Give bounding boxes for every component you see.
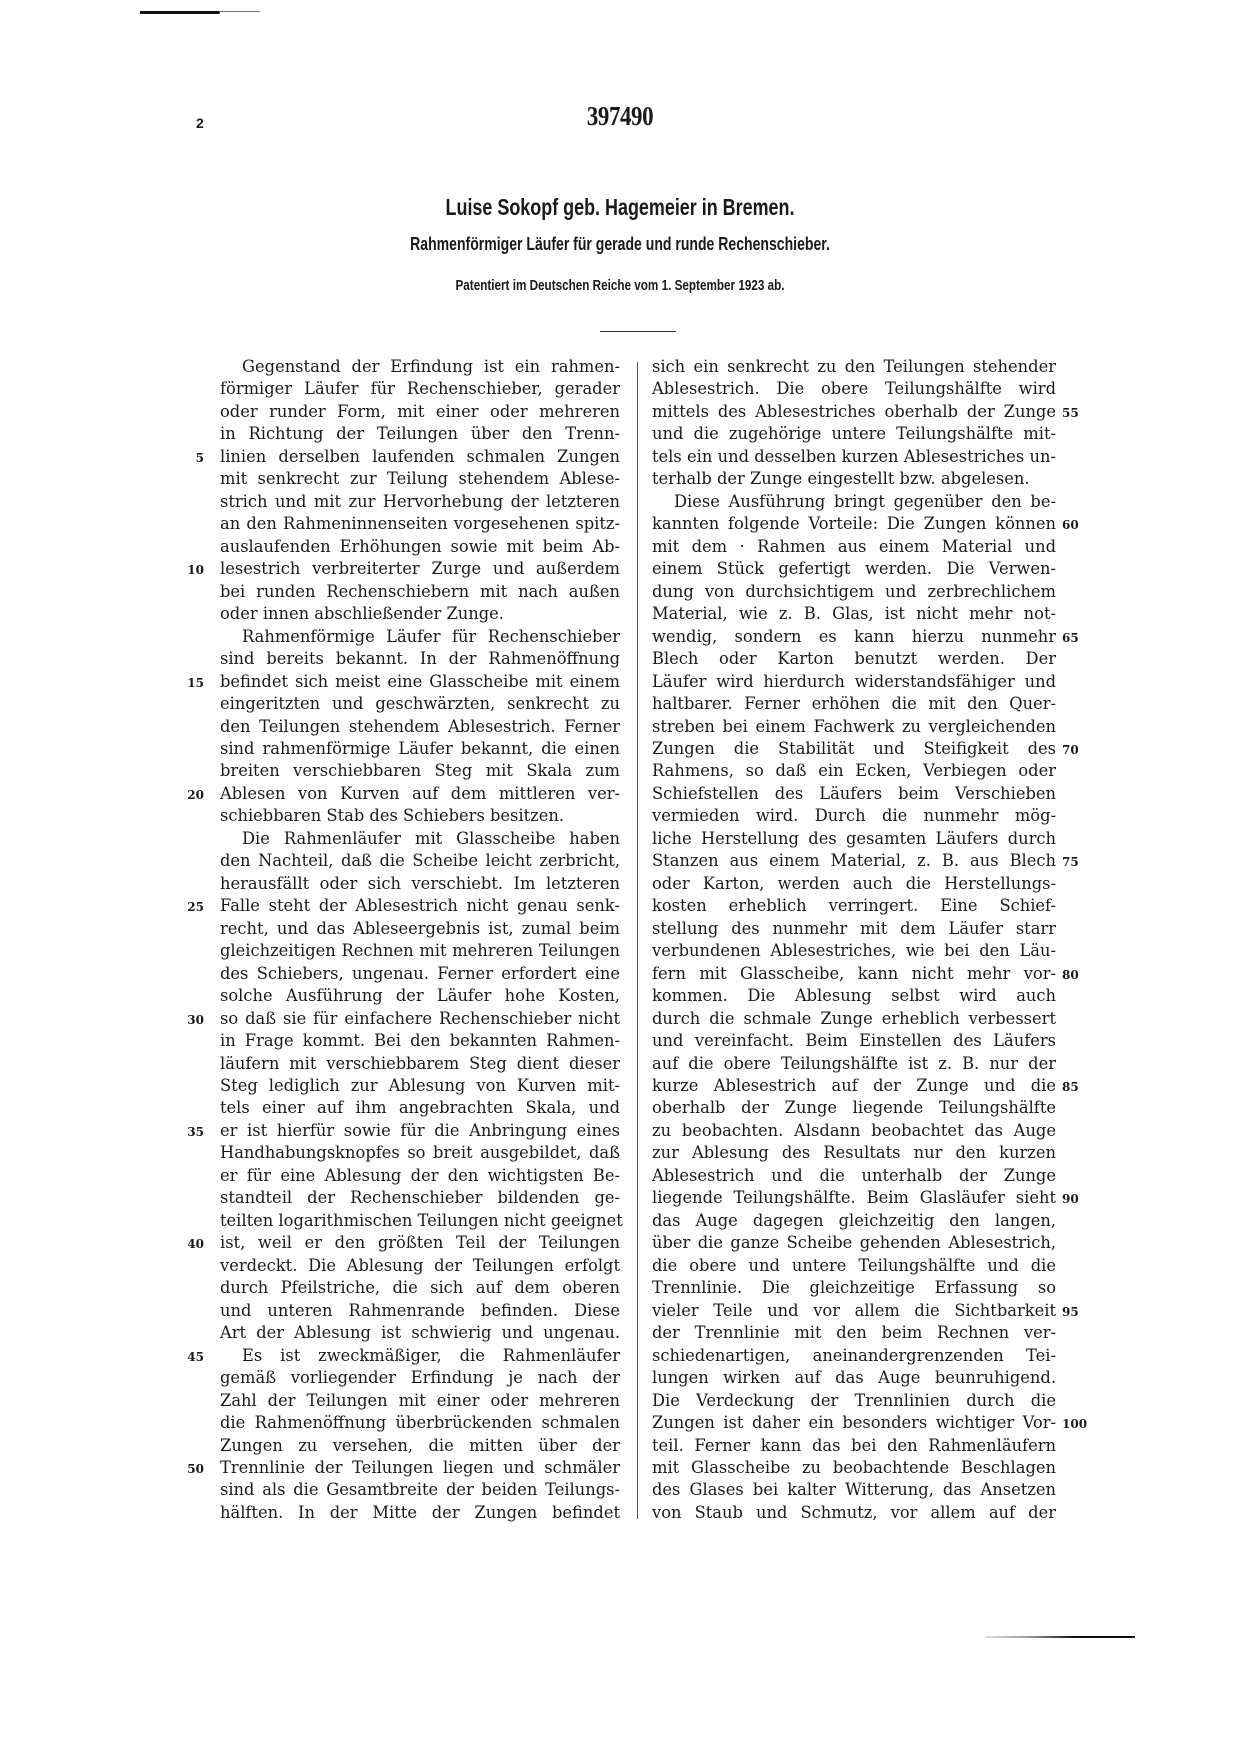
margin-line-number: 40 <box>180 1237 204 1251</box>
text-line: die obere und untere Teilungshälfte und … <box>652 1255 1056 1277</box>
text-line: und unteren Rahmenrande befinden. Diese <box>220 1300 620 1322</box>
text-line: Art der Ablesung ist schwierig und ungen… <box>220 1322 620 1344</box>
text-line: Zahl der Teilungen mit einer oder mehrer… <box>220 1390 620 1412</box>
text-line: befindet sich meist eine Glasscheibe mit… <box>220 671 620 693</box>
text-line: Zungen die Stabilität und Steifigkeit de… <box>652 738 1056 760</box>
text-line: mit senkrecht zur Teilung stehendem Able… <box>220 468 620 490</box>
text-line: kurze Ablesestrich auf der Zunge und die <box>652 1075 1056 1097</box>
text-line: tels einer auf ihm angebrachten Skala, u… <box>220 1097 620 1119</box>
text-line: verdeckt. Die Ablesung der Teilungen erf… <box>220 1255 620 1277</box>
text-line: stellung des nunmehr mit dem Läufer star… <box>652 918 1056 940</box>
text-line: Rahmenförmige Läufer für Rechenschieber <box>220 626 620 648</box>
text-line: hälften. In der Mitte der Zungen befinde… <box>220 1502 620 1524</box>
text-line: teil. Ferner kann das bei den Rahmenläuf… <box>652 1435 1056 1457</box>
margin-line-number: 15 <box>180 676 204 690</box>
margin-line-number: 60 <box>1062 518 1079 532</box>
text-line: und die zugehörige untere Teilungshälfte… <box>652 423 1056 445</box>
text-line: in Frage kommt. Bei den bekannten Rahmen… <box>220 1030 620 1052</box>
left-column: Gegenstand der Erfindung ist ein rahmen-… <box>220 356 620 1524</box>
text-line: standteil der Rechenschieber bildenden g… <box>220 1187 620 1209</box>
text-line: mit Glasscheibe zu beobachtende Beschlag… <box>652 1457 1056 1479</box>
text-line: Schiefstellen des Läufers beim Verschieb… <box>652 783 1056 805</box>
text-line: er für eine Ablesung der den wichtigsten… <box>220 1165 620 1187</box>
text-line: Material, wie z. B. Glas, ist nicht mehr… <box>652 603 1056 625</box>
text-line: sich ein senkrecht zu den Teilungen steh… <box>652 356 1056 378</box>
text-line: an den Rahmeninnenseiten vorgesehenen sp… <box>220 513 620 535</box>
text-line: terhalb der Zunge eingestellt bzw. abgel… <box>652 468 1056 490</box>
margin-line-number: 50 <box>180 1462 204 1476</box>
text-line: verbundenen Ablesestriches, wie bei den … <box>652 940 1056 962</box>
text-line: kannten folgende Vorteile: Die Zungen kö… <box>652 513 1056 535</box>
text-line: den Nachteil, daß die Scheibe leicht zer… <box>220 850 620 872</box>
text-line: gleichzeitigen Rechnen mit mehreren Teil… <box>220 940 620 962</box>
text-line: die Rahmenöffnung überbrückenden schmale… <box>220 1412 620 1434</box>
text-line: lungen wirken auf das Auge beunruhigend. <box>652 1367 1056 1389</box>
text-line: teilten logarithmischen Teilungen nicht … <box>220 1210 620 1232</box>
margin-line-number: 5 <box>180 451 204 465</box>
header-separator <box>600 331 676 332</box>
text-line: haltbarer. Ferner erhöhen die mit den Qu… <box>652 693 1056 715</box>
text-line: vermieden wird. Durch die nunmehr mög- <box>652 805 1056 827</box>
text-line: Diese Ausführung bringt gegenüber den be… <box>652 491 1056 513</box>
patent-dateline: Patentiert im Deutschen Reiche vom 1. Se… <box>136 277 1103 294</box>
text-line: recht, und das Ableseergebnis ist, zumal… <box>220 918 620 940</box>
inventor-heading: Luise Sokopf geb. Hagemeier in Bremen. <box>136 194 1103 221</box>
text-line: der Trennlinie mit den beim Rechnen ver- <box>652 1322 1056 1344</box>
margin-line-number: 65 <box>1062 631 1079 645</box>
margin-line-number: 10 <box>180 563 204 577</box>
text-line: Handhabungsknopfes so breit ausgebildet,… <box>220 1142 620 1164</box>
text-line: streben bei einem Fachwerk zu vergleiche… <box>652 716 1056 738</box>
text-line: förmiger Läufer für Rechenschieber, gera… <box>220 378 620 400</box>
text-line: Läufer wird hierdurch widerstandsfähiger… <box>652 671 1056 693</box>
text-line: einem Stück gefertigt werden. Die Verwen… <box>652 558 1056 580</box>
margin-line-number: 100 <box>1062 1417 1087 1431</box>
text-line: Rahmens, so daß ein Ecken, Verbiegen ode… <box>652 760 1056 782</box>
text-line: Ablesen von Kurven auf dem mittleren ver… <box>220 783 620 805</box>
text-line: fern mit Glasscheibe, kann nicht mehr vo… <box>652 963 1056 985</box>
text-line: den Teilungen stehendem Ablesestrich. Fe… <box>220 716 620 738</box>
text-line: oberhalb der Zunge liegende Teilungshälf… <box>652 1097 1056 1119</box>
text-line: kosten erheblich verringert. Eine Schief… <box>652 895 1056 917</box>
right-column: sich ein senkrecht zu den Teilungen steh… <box>652 356 1056 1524</box>
text-line: liche Herstellung des gesamten Läufers d… <box>652 828 1056 850</box>
text-line: er ist hierfür sowie für die Anbringung … <box>220 1120 620 1142</box>
text-line: Ablesestrich und die unterhalb der Zunge <box>652 1165 1056 1187</box>
text-line: vieler Teile und vor allem die Sichtbark… <box>652 1300 1056 1322</box>
margin-line-number: 55 <box>1062 406 1079 420</box>
text-line: das Auge dagegen gleichzeitig den langen… <box>652 1210 1056 1232</box>
text-line: sind bereits bekannt. In der Rahmenöffnu… <box>220 648 620 670</box>
text-line: mit dem · Rahmen aus einem Material und <box>652 536 1056 558</box>
text-line: bei runden Rechenschiebern mit nach auße… <box>220 581 620 603</box>
text-line: wendig, sondern es kann hierzu nunmehr <box>652 626 1056 648</box>
text-line: Trennlinie. Die gleichzeitige Erfassung … <box>652 1277 1056 1299</box>
text-line: Blech oder Karton benutzt werden. Der <box>652 648 1056 670</box>
text-line: Ablesestrich. Die obere Teilungshälfte w… <box>652 378 1056 400</box>
text-line: durch Pfeilstriche, die sich auf dem obe… <box>220 1277 620 1299</box>
text-line: eingeritzten und geschwärzten, senkrecht… <box>220 693 620 715</box>
text-line: Zungen zu versehen, die mitten über der <box>220 1435 620 1457</box>
margin-line-number: 85 <box>1062 1080 1079 1094</box>
patent-number: 397490 <box>93 101 1147 132</box>
text-line: lesestrich verbreiterter Zurge und außer… <box>220 558 620 580</box>
text-line: Falle steht der Ablesestrich nicht genau… <box>220 895 620 917</box>
margin-line-number: 30 <box>180 1013 204 1027</box>
text-line: Trennlinie der Teilungen liegen und schm… <box>220 1457 620 1479</box>
text-line: gemäß vorliegender Erfindung je nach der <box>220 1367 620 1389</box>
margin-line-number: 25 <box>180 900 204 914</box>
text-line: Gegenstand der Erfindung ist ein rahmen- <box>220 356 620 378</box>
text-line: zu beobachten. Alsdann beobachtet das Au… <box>652 1120 1056 1142</box>
margin-line-number: 80 <box>1062 968 1079 982</box>
text-line: Die Rahmenläufer mit Glasscheibe haben <box>220 828 620 850</box>
invention-title: Rahmenförmiger Läufer für gerade und run… <box>136 234 1103 255</box>
margin-line-number: 35 <box>180 1125 204 1139</box>
text-line: sind rahmenförmige Läufer bekannt, die e… <box>220 738 620 760</box>
margin-line-number: 95 <box>1062 1305 1079 1319</box>
scan-artifact-top <box>140 11 220 14</box>
text-line: auslaufenden Erhöhungen sowie mit beim A… <box>220 536 620 558</box>
text-line: breiten verschiebbaren Steg mit Skala zu… <box>220 760 620 782</box>
margin-line-number: 75 <box>1062 855 1079 869</box>
scan-artifact-bottom <box>985 1636 1135 1638</box>
text-line: solche Ausführung der Läufer hohe Kosten… <box>220 985 620 1007</box>
text-line: schiebbaren Stab des Schiebers besitzen. <box>220 805 620 827</box>
text-line: oder Karton, werden auch die Herstellung… <box>652 873 1056 895</box>
text-line: Stanzen aus einem Material, z. B. aus Bl… <box>652 850 1056 872</box>
text-line: Zungen ist daher ein besonders wichtiger… <box>652 1412 1056 1434</box>
text-line: so daß sie für einfachere Rechenschieber… <box>220 1008 620 1030</box>
margin-line-number: 45 <box>180 1350 204 1364</box>
margin-line-number: 20 <box>180 788 204 802</box>
text-line: von Staub und Schmutz, vor allem auf der <box>652 1502 1056 1524</box>
text-line: tels ein und desselben kurzen Ablesestri… <box>652 446 1056 468</box>
text-line: strich und mit zur Hervorhebung der letz… <box>220 491 620 513</box>
text-line: liegende Teilungshälfte. Beim Glasläufer… <box>652 1187 1056 1209</box>
text-line: Steg lediglich zur Ablesung von Kurven m… <box>220 1075 620 1097</box>
text-line: dung von durchsichtigem und zerbrechlich… <box>652 581 1056 603</box>
text-line: herausfällt oder sich verschiebt. Im let… <box>220 873 620 895</box>
margin-line-number: 70 <box>1062 743 1079 757</box>
column-divider <box>637 362 638 1519</box>
text-line: ist, weil er den größten Teil der Teilun… <box>220 1232 620 1254</box>
text-line: des Schiebers, ungenau. Ferner erfordert… <box>220 963 620 985</box>
text-line: oder innen abschließender Zunge. <box>220 603 620 625</box>
text-line: sind als die Gesamtbreite der beiden Tei… <box>220 1479 620 1501</box>
text-line: zur Ablesung des Resultats nur den kurze… <box>652 1142 1056 1164</box>
text-line: über die ganze Scheibe gehenden Ablesest… <box>652 1232 1056 1254</box>
text-line: Die Verdeckung der Trennlinien durch die <box>652 1390 1056 1412</box>
text-line: mittels des Ablesestriches oberhalb der … <box>652 401 1056 423</box>
text-line: schiedenartigen, aneinandergrenzenden Te… <box>652 1345 1056 1367</box>
text-line: läufern mit verschiebbarem Steg dient di… <box>220 1053 620 1075</box>
margin-line-number: 90 <box>1062 1192 1079 1206</box>
text-line: auf die obere Teilungshälfte ist z. B. n… <box>652 1053 1056 1075</box>
text-line: durch die schmale Zunge erheblich verbes… <box>652 1008 1056 1030</box>
text-line: kommen. Die Ablesung selbst wird auch <box>652 985 1056 1007</box>
text-line: in Richtung der Teilungen über den Trenn… <box>220 423 620 445</box>
text-line: und vereinfacht. Beim Einstellen des Läu… <box>652 1030 1056 1052</box>
text-line: oder runder Form, mit einer oder mehrere… <box>220 401 620 423</box>
text-line: Es ist zweckmäßiger, die Rahmenläufer <box>220 1345 620 1367</box>
text-line: linien derselben laufenden schmalen Zung… <box>220 446 620 468</box>
text-line: des Glases bei kalter Witterung, das Ans… <box>652 1479 1056 1501</box>
